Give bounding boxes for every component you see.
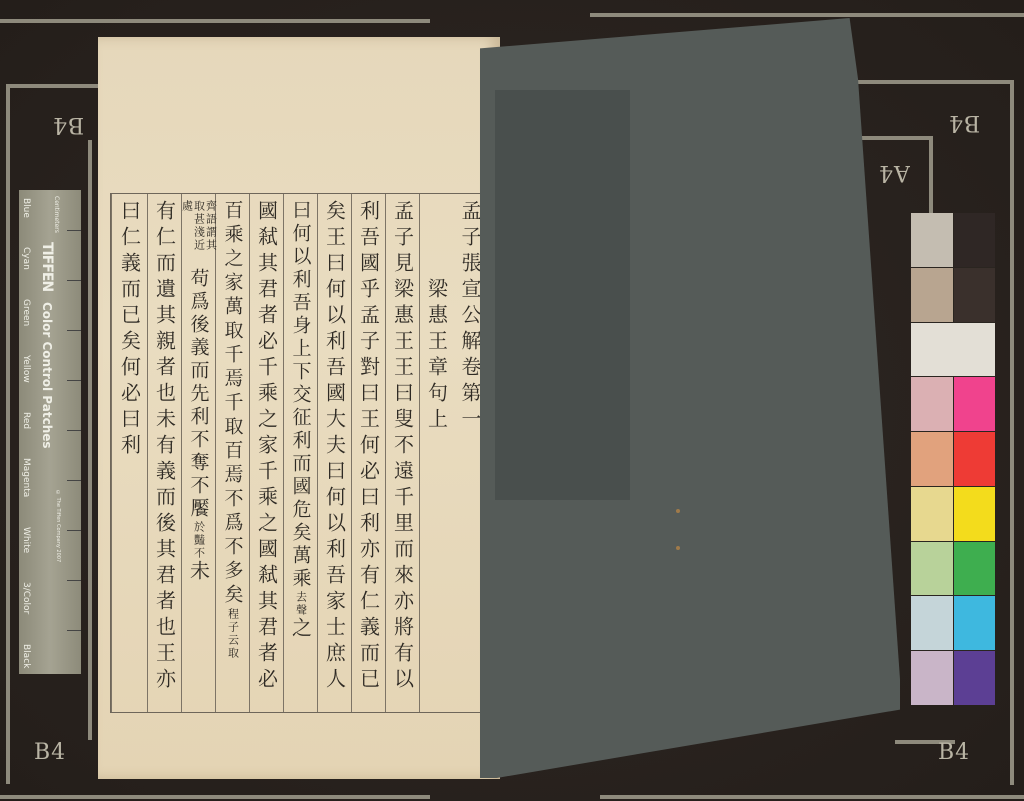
color-patch [954, 377, 996, 431]
column-text: 百乘之家萬取千焉千取百焉不爲不多矣 [221, 194, 245, 608]
label-blue: Blue [21, 198, 31, 218]
column-text: 苟爲後義而先利不奪不饜 [187, 262, 211, 521]
guide-frame-left-outer [6, 84, 10, 784]
color-patch [954, 213, 996, 267]
label-green: Green [21, 299, 31, 326]
guide-label-b4-top-left: B4 [52, 112, 84, 137]
text-column: 有仁而遺其親者也未有義而後其君者也王亦 [147, 194, 181, 712]
tiffen-units: Centimeters [53, 196, 60, 233]
guide-label-a4: A4 [878, 160, 910, 185]
color-calibration-patches [911, 213, 995, 705]
color-patch [911, 213, 953, 267]
label-white: White [21, 527, 31, 553]
label-black: Black [21, 644, 31, 668]
color-patch [911, 323, 995, 377]
annotation-head-note: 齊語謂其取甚淺近處 [181, 194, 217, 262]
label-yellow: Yellow [21, 355, 31, 383]
cover-shadow [495, 90, 630, 500]
column-text: 矣王曰何以利吾國大夫曰何以利吾家士庶人 [323, 194, 347, 694]
column-text: 曰何以利吾身上下交征利而國危矣萬乘 [289, 194, 313, 591]
text-column: 百乘之家萬取千焉千取百焉不爲不多矣 程子云取 [215, 194, 249, 712]
color-patch [911, 487, 953, 541]
guide-frame-a4-top [860, 136, 932, 140]
tiffen-color-labels: Blue Cyan Green Yellow Red Magenta White… [21, 198, 31, 668]
column-text: 孟子見梁惠王王曰叟不遠千里而來亦將有以 [391, 194, 415, 694]
text-frame: 孟子張宣公解卷第一 梁惠王章句上 孟子見梁惠王王曰叟不遠千里而來亦將有以 利吾國… [110, 193, 486, 713]
column-text: 有仁而遺其親者也未有義而後其君者也王亦 [153, 194, 177, 694]
text-column: 矣王曰何以利吾國大夫曰何以利吾家士庶人 [317, 194, 351, 712]
guide-label-b4-bottom-left: B4 [34, 740, 66, 765]
text-column: 齊語謂其取甚淺近處 苟爲後義而先利不奪不饜 於豔不 未 [181, 194, 215, 712]
column-chapter: 梁惠王章句上 [419, 194, 453, 712]
guide-frame-a4-right [929, 136, 933, 216]
book-title: 孟子張宣公解卷第一 [458, 194, 482, 434]
guide-label-b4-bottom-right: B4 [938, 740, 970, 765]
tiffen-color-control-strip: Blue Cyan Green Yellow Red Magenta White… [19, 190, 81, 674]
color-patch [911, 542, 953, 596]
annotation-note: 去聲 [295, 591, 307, 617]
text-column: 利吾國乎孟子對曰王何必曰利亦有仁義而已 [351, 194, 385, 712]
color-patch [954, 432, 996, 486]
guide-line-bottom-left [0, 795, 430, 799]
color-patch [954, 596, 996, 650]
column-text: 曰仁義而已矣何必曰利 [118, 194, 142, 460]
column-text: 利吾國乎孟子對曰王何必曰利亦有仁義而已 [357, 194, 381, 694]
chapter-heading: 梁惠王章句上 [425, 194, 449, 434]
color-patch [911, 377, 953, 431]
label-magenta: Magenta [21, 458, 31, 497]
text-column: 國弒其君者必千乘之家千乘之國弒其君者必 [249, 194, 283, 712]
guide-frame-right-top [855, 80, 1014, 84]
cover-stain [676, 509, 680, 513]
color-patch [954, 268, 996, 322]
cover-stain [676, 546, 680, 550]
guide-frame-right-outer [1010, 80, 1014, 785]
annotation-note: 於豔不 [193, 521, 205, 560]
label-cyan: Cyan [21, 247, 31, 270]
guide-line-bottom-right [600, 795, 1024, 799]
color-patch [911, 432, 953, 486]
column-tail: 未 [187, 560, 211, 586]
column-tail: 之 [289, 617, 313, 643]
tiffen-title: Color Control Patches [40, 302, 54, 449]
color-patch [911, 268, 953, 322]
label-3color: 3/Color [21, 582, 31, 614]
color-patch [954, 487, 996, 541]
color-patch [954, 542, 996, 596]
tiffen-brand: TIFFEN [39, 242, 55, 291]
color-patch [954, 651, 996, 705]
color-patch [911, 596, 953, 650]
text-column: 曰何以利吾身上下交征利而國危矣萬乘 去聲 之 [283, 194, 317, 712]
text-column: 曰仁義而已矣何必曰利 [111, 194, 147, 712]
column-text: 國弒其君者必千乘之家千乘之國弒其君者必 [255, 194, 279, 694]
guide-line-top-right [590, 13, 1024, 17]
guide-frame-left-inner [88, 140, 92, 740]
guide-frame-left-top [6, 84, 98, 88]
guide-label-b4-top-right: B4 [948, 110, 980, 135]
annotation-note: 程子云取 [227, 608, 239, 660]
tiffen-copyright: © The Tiffen Company 2007 [55, 490, 61, 562]
label-red: Red [21, 412, 31, 429]
text-column: 孟子見梁惠王王曰叟不遠千里而來亦將有以 [385, 194, 419, 712]
color-patch [911, 651, 953, 705]
guide-line-top-left [0, 19, 430, 23]
